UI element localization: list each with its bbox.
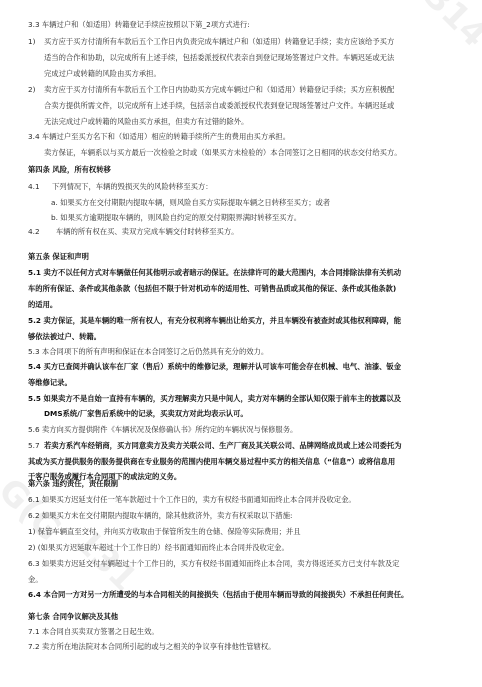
document-page: 314 G(G 131 3.3 车辆过户和（如适用）转籍登记手续应按照以下第_2… bbox=[0, 0, 482, 687]
clause-6-2: 6.2 如果买方未在交付期限内提取车辆的，除其他救济外，卖方有权采取以下措施: bbox=[28, 511, 292, 521]
clause-3-4: 3.4 车辆过户至买方名下和（如适用）相应的转籍手续所产生的费用由买方承担。 bbox=[28, 132, 290, 142]
clause-7-1: 7.1 本合同自买卖双方签署之日起生效。 bbox=[28, 627, 159, 637]
section-6-title: 第六条 违约责任，责任限制 bbox=[28, 479, 118, 489]
clause-4-2: 车辆的所有权在买、卖双方完成车辆交付时转移至买方。 bbox=[56, 227, 238, 237]
clause-3-3-1-line3: 完成过户或转籍的风险由买方承担。 bbox=[44, 69, 161, 79]
clause-3-3-1-number: 1) bbox=[28, 37, 36, 47]
clause-4-2-number: 4.2 bbox=[28, 227, 40, 237]
clause-5-1-line3: 的适用。 bbox=[28, 300, 57, 310]
clause-6-2-1: 1) 保管车辆直至交付，并向买方收取由于保管所发生的仓储、保险等实际费用；并且 bbox=[28, 527, 301, 537]
clause-4-1-b: b. 如果买方逾期提取车辆的，则风险自约定的原交付期限界满时转移至买方。 bbox=[51, 213, 301, 223]
clause-5-5-line1: 5.5 如果卖方不是自始一直持有车辆的，买方理解卖方只是中间人，卖方对车辆的全部… bbox=[28, 394, 401, 404]
clause-3-5: 卖方保证，车辆系以与买方最后一次检验之时或（如果买方未检验的）本合同签订之日相同… bbox=[44, 148, 402, 158]
clause-6-3-line2: 金。 bbox=[28, 575, 43, 585]
clause-3-3-1-line2: 适当的合作和协助，以完成所有上述手续，包括委派授权代表亲自到登记现场签署过户文件… bbox=[44, 53, 394, 63]
clause-4-1-number: 4.1 bbox=[28, 182, 40, 192]
clause-6-4: 6.4 本合同一方对另一方所遭受的与本合同相关的间接损失（包括由于使用车辆而导致… bbox=[28, 590, 408, 600]
clause-5-5-line2: DMS系统/厂家售后系统中的记录，买卖双方对此均表示认可。 bbox=[44, 409, 248, 419]
clause-3-3-2-number: 2) bbox=[28, 85, 36, 95]
clause-5-7-line1: 若卖方系汽车经销商，买方同意卖方及卖方关联公司、生产厂商及其关联公司、品牌网络成… bbox=[44, 441, 402, 451]
clause-5-4-line2: 等维修记录。 bbox=[28, 378, 72, 388]
clause-5-4-line1: 5.4 买方已查阅并确认该车在厂家（售后）系统中的维修记录，理解并认可该车可能会… bbox=[28, 362, 401, 372]
clause-5-7-number: 5.7 bbox=[28, 441, 40, 451]
clause-3-3-2-line2: 合卖方提供所需文件，以完成所有上述手续，包括亲自或委派授权代表到登记现场签署过户… bbox=[44, 101, 394, 111]
clause-5-2-line2: 够依法被过户、转籍。 bbox=[28, 332, 101, 342]
clause-5-1-line1: 5.1 卖方不以任何方式对车辆做任何其他明示或者暗示的保证。在法律许可的最大范围… bbox=[28, 268, 401, 278]
watermark-top-right: 314 bbox=[416, 0, 482, 55]
clause-3-3-title: 3.3 车辆过户和（如适用）转籍登记手续应按照以下第_2项方式进行: bbox=[28, 20, 250, 30]
section-5-heading: 第五条 保证和声明 bbox=[28, 252, 89, 262]
section-7-heading: 第七条 合同争议解决及其他 bbox=[28, 612, 118, 622]
clause-3-3-1-line1: 买方应于买方付清所有车款后五个工作日内负责完成车辆过户和（如适用）转籍登记手续；… bbox=[44, 37, 394, 47]
clause-5-3: 5.3 本合同项下的所有声明和保证在本合同签订之后仍然具有充分的效力。 bbox=[28, 347, 268, 357]
clause-6-3-line1: 6.3 如果卖方迟延交付车辆超过十个工作日的，买方有权经书面通知而终止本合同，卖… bbox=[28, 559, 399, 569]
clause-7-2: 7.2 卖方所在地法院对本合同所引起的或与之相关的争议享有排他性管辖权。 bbox=[28, 642, 275, 652]
clause-4-1-a: a. 如果买方在交付期限内提取车辆，则风险自买方实际提取车辆之日转移至买方；或者 bbox=[51, 198, 330, 208]
clause-4-1: 下列情况下，车辆的毁损灭失的风险转移至买方： bbox=[52, 182, 213, 192]
clause-5-7-line2: 其或为买方提供服务的服务提供商在专业服务的范围内使用车辆交易过程中买方的相关信息… bbox=[28, 457, 395, 467]
clause-5-2-line1: 5.2 卖方保证，其是车辆的唯一所有权人，有充分权利将车辆出让给买方，并且车辆没… bbox=[28, 316, 401, 326]
clause-3-3-2-line3: 无法完成过户或转籍的风险由买方承担，但卖方有过错的除外。 bbox=[44, 117, 248, 127]
clause-6-2-2: 2) (如果买方迟延取车超过十个工作日的）经书面通知而终止本合同并没收定金。 bbox=[28, 543, 289, 553]
section-4-heading: 第四条 风险，所有权转移 bbox=[28, 165, 111, 175]
clause-3-3-2-line1: 卖方应于买方付清所有车款后五个工作日内协助买方完成车辆过户和（如适用）转籍登记手… bbox=[44, 85, 394, 95]
clause-5-1-line2: 车的所有保证、条件或其他条款（包括但不限于针对机动车的适用性、可销售品质或其他的… bbox=[28, 284, 396, 294]
clause-6-1: 6.1 如果买方迟延支付任一笔车款超过十个工作日的，卖方有权经书面通知而终止本合… bbox=[28, 495, 356, 505]
clause-5-6: 5.6 卖方向买方提供附件《车辆状况及保修确认书》所约定的车辆状况与保修服务。 bbox=[28, 425, 297, 435]
